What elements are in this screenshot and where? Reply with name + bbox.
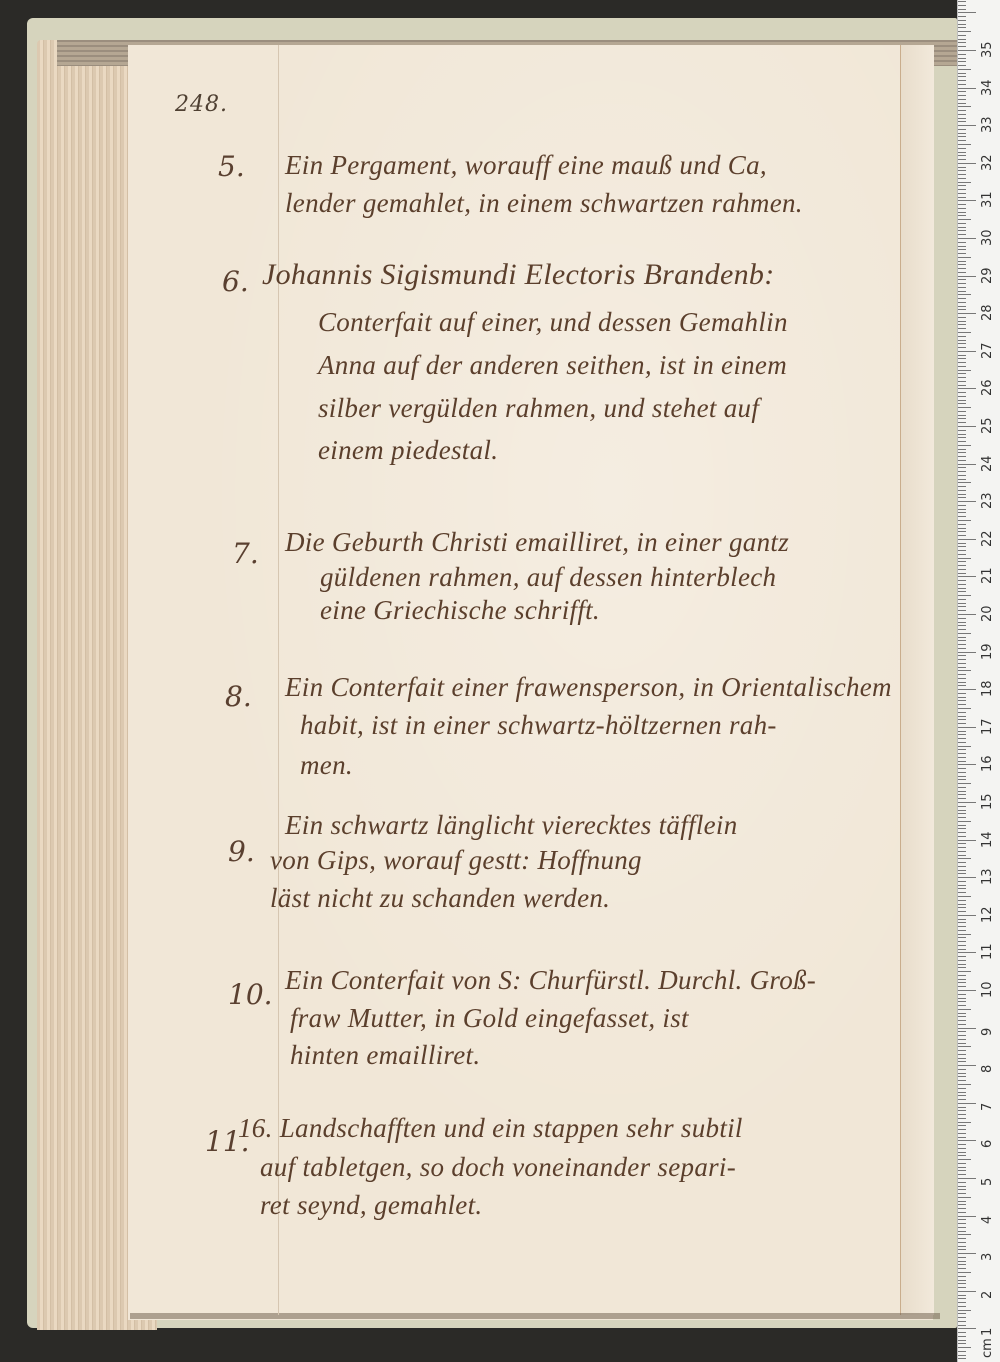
ruler-tick bbox=[958, 1287, 966, 1288]
ruler-tick bbox=[958, 1208, 966, 1209]
entry-number: 10. bbox=[228, 978, 273, 1011]
ruler-tick bbox=[958, 870, 966, 871]
ruler-tick bbox=[958, 1088, 966, 1089]
entry-line: Johannis Sigismundi Electoris Brandenb: bbox=[262, 258, 775, 292]
ruler-tick bbox=[958, 170, 966, 171]
ruler-tick bbox=[958, 313, 976, 314]
ruler-tick bbox=[958, 573, 966, 574]
ruler-tick bbox=[958, 757, 966, 758]
ruler-tick bbox=[958, 1231, 966, 1232]
ruler-tick bbox=[958, 569, 966, 570]
ruler-tick bbox=[958, 324, 966, 325]
ruler-tick bbox=[958, 881, 966, 882]
ruler-cm-label: 8 bbox=[980, 1053, 995, 1073]
ruler-tick bbox=[958, 817, 966, 818]
ruler-tick bbox=[958, 768, 966, 769]
ruler-tick bbox=[958, 610, 966, 611]
ruler-tick bbox=[958, 1114, 966, 1115]
ruler-tick bbox=[958, 242, 966, 243]
ruler-tick bbox=[958, 392, 966, 393]
ruler-tick bbox=[958, 449, 966, 450]
ruler-tick bbox=[958, 1125, 966, 1126]
ruler-tick bbox=[958, 1054, 966, 1055]
ruler-tick bbox=[958, 159, 966, 160]
ruler-cm-label: 20 bbox=[980, 602, 995, 622]
ruler-tick bbox=[958, 802, 976, 803]
ruler-tick bbox=[958, 1167, 966, 1168]
ruler-tick bbox=[958, 531, 966, 532]
ruler-tick bbox=[958, 1099, 966, 1100]
ruler-tick bbox=[958, 719, 966, 720]
ruler-tick bbox=[958, 1283, 966, 1284]
ruler-tick bbox=[958, 584, 966, 585]
ruler-tick bbox=[958, 272, 966, 273]
ruler-tick bbox=[958, 197, 966, 198]
ruler-tick bbox=[958, 80, 966, 81]
ruler-tick bbox=[958, 535, 966, 536]
ruler-tick bbox=[958, 336, 966, 337]
ruler-cm-label: 13 bbox=[980, 865, 995, 885]
ruler-tick bbox=[958, 926, 966, 927]
ruler-tick bbox=[958, 554, 966, 555]
ruler-tick bbox=[958, 287, 966, 288]
ruler-tick bbox=[958, 828, 966, 829]
ruler-tick bbox=[958, 1133, 966, 1134]
ruler-tick bbox=[958, 956, 966, 957]
ruler-tick bbox=[958, 479, 966, 480]
ruler-tick bbox=[958, 1347, 971, 1348]
ruler-tick bbox=[958, 588, 966, 589]
ruler-tick bbox=[958, 58, 966, 59]
ruler-tick bbox=[958, 1009, 971, 1010]
ruler-tick bbox=[958, 407, 971, 408]
ruler-tick bbox=[958, 580, 966, 581]
ruler-tick bbox=[958, 27, 966, 28]
ruler-tick bbox=[958, 140, 966, 141]
ruler-tick bbox=[958, 1204, 966, 1205]
ruler-cm-label: 23 bbox=[980, 489, 995, 509]
ruler-tick bbox=[958, 1238, 966, 1239]
ruler-tick bbox=[958, 163, 976, 164]
ruler-tick bbox=[958, 73, 966, 74]
ruler-tick bbox=[958, 88, 976, 89]
ruler-tick bbox=[958, 798, 966, 799]
ruler-tick bbox=[958, 69, 971, 70]
ruler-tick bbox=[958, 934, 971, 935]
ruler-tick bbox=[958, 1216, 976, 1217]
ruler-tick bbox=[958, 264, 966, 265]
ruler-tick bbox=[958, 576, 976, 577]
ruler-tick bbox=[958, 1313, 966, 1314]
ruler-tick bbox=[958, 355, 966, 356]
ruler-tick bbox=[958, 998, 966, 999]
ruler-tick bbox=[958, 422, 966, 423]
ruler-tick bbox=[958, 16, 966, 17]
ruler-tick bbox=[958, 1193, 966, 1194]
ruler-tick bbox=[958, 896, 971, 897]
ruler-cm-label: 19 bbox=[980, 640, 995, 660]
ruler-tick bbox=[958, 674, 966, 675]
entry-line: hinten emailliret. bbox=[290, 1040, 480, 1071]
ruler-tick bbox=[958, 640, 966, 641]
ruler-tick bbox=[958, 520, 971, 521]
ruler-tick bbox=[958, 591, 966, 592]
ruler-tick bbox=[958, 234, 966, 235]
ruler-tick bbox=[958, 964, 966, 965]
ruler-cm-label: 27 bbox=[980, 339, 995, 359]
ruler-cm-label: 7 bbox=[980, 1091, 995, 1111]
ruler-tick bbox=[958, 1253, 976, 1254]
ruler-tick bbox=[958, 655, 966, 656]
ruler-cm-label: 11 bbox=[980, 940, 995, 960]
entry-line: Ein Conterfait von S: Churfürstl. Durchl… bbox=[285, 965, 816, 996]
ruler-tick bbox=[958, 1280, 966, 1281]
ruler-tick bbox=[958, 456, 966, 457]
ruler-tick bbox=[958, 362, 966, 363]
entry-line: Conterfait auf einer, und dessen Gemahli… bbox=[318, 307, 788, 338]
entry-number: 5. bbox=[218, 150, 245, 183]
ruler-tick bbox=[958, 847, 966, 848]
ruler-tick bbox=[958, 670, 971, 671]
ruler-tick bbox=[958, 385, 966, 386]
ruler-tick bbox=[958, 497, 966, 498]
ruler-tick bbox=[958, 1189, 966, 1190]
ruler-tick bbox=[958, 306, 966, 307]
ruler-tick bbox=[958, 1050, 966, 1051]
ruler-tick bbox=[958, 152, 966, 153]
ruler-tick bbox=[958, 12, 976, 13]
ruler-tick bbox=[958, 1182, 966, 1183]
entry-line: auf tabletgen, so doch voneinander separ… bbox=[260, 1152, 736, 1183]
ruler-tick bbox=[958, 1080, 966, 1081]
ruler-cm-label: 24 bbox=[980, 452, 995, 472]
ruler-tick bbox=[958, 907, 966, 908]
ruler-tick bbox=[958, 1069, 966, 1070]
ruler-tick bbox=[958, 31, 971, 32]
ruler-cm-label: 5 bbox=[980, 1166, 995, 1186]
ruler-tick bbox=[958, 148, 966, 149]
ruler-tick bbox=[958, 400, 966, 401]
ruler-tick bbox=[958, 261, 966, 262]
ruler-tick bbox=[958, 622, 966, 623]
ruler-tick bbox=[958, 208, 966, 209]
ruler-tick bbox=[958, 501, 976, 502]
ruler-tick bbox=[958, 911, 966, 912]
ruler-tick bbox=[958, 1170, 966, 1171]
ruler-tick bbox=[958, 294, 971, 295]
ruler-tick bbox=[958, 212, 966, 213]
ruler-tick bbox=[958, 1246, 966, 1247]
ruler-cm-label: 21 bbox=[980, 564, 995, 584]
ruler-cm-label: 9 bbox=[980, 1016, 995, 1036]
ruler-tick bbox=[958, 1272, 971, 1273]
ruler-tick bbox=[958, 1212, 966, 1213]
ruler-tick bbox=[958, 121, 966, 122]
ruler-tick bbox=[958, 129, 966, 130]
ruler-tick bbox=[958, 106, 971, 107]
entry-line: Anna auf der anderen seithen, ist in ein… bbox=[318, 350, 787, 381]
ruler-tick bbox=[958, 291, 966, 292]
ruler-tick bbox=[958, 1152, 966, 1153]
entry-number: 9. bbox=[228, 835, 255, 868]
ruler-tick bbox=[958, 543, 966, 544]
ruler-unit-label: cm bbox=[980, 1338, 995, 1358]
ruler-tick bbox=[958, 749, 966, 750]
ruler-tick bbox=[958, 1073, 966, 1074]
ruler-tick bbox=[958, 381, 966, 382]
ruler-tick bbox=[958, 1186, 966, 1187]
ruler-tick bbox=[958, 742, 966, 743]
ruler-tick bbox=[958, 915, 976, 916]
ruler-tick bbox=[958, 704, 966, 705]
ruler-cm-label: 4 bbox=[980, 1204, 995, 1224]
ruler-tick bbox=[958, 464, 976, 465]
entry-line: silber vergülden rahmen, und stehet auf bbox=[318, 393, 759, 424]
ruler-tick bbox=[958, 731, 966, 732]
ruler-tick bbox=[958, 1227, 966, 1228]
ruler-tick bbox=[958, 1306, 966, 1307]
ruler-cm-label: 17 bbox=[980, 715, 995, 735]
ruler-tick bbox=[958, 738, 966, 739]
ruler-tick bbox=[958, 50, 976, 51]
ruler-tick bbox=[958, 806, 966, 807]
ruler-tick bbox=[958, 302, 966, 303]
ruler-tick bbox=[958, 246, 966, 247]
entry-line: von Gips, worauf gestt: Hoffnung bbox=[270, 845, 642, 876]
ruler-tick bbox=[958, 512, 966, 513]
ruler-tick bbox=[958, 283, 966, 284]
ruler-tick bbox=[958, 35, 966, 36]
ruler-tick bbox=[958, 1092, 966, 1093]
entry-line: einem piedestal. bbox=[318, 435, 498, 466]
ruler-cm-label: 14 bbox=[980, 828, 995, 848]
ruler-tick bbox=[958, 922, 966, 923]
ruler-tick bbox=[958, 1163, 966, 1164]
ruler-tick bbox=[958, 118, 966, 119]
ruler-tick bbox=[958, 317, 966, 318]
page-bottom-shadow bbox=[130, 1313, 940, 1319]
ruler-tick bbox=[958, 1325, 966, 1326]
ruler-tick bbox=[958, 1140, 976, 1141]
ruler-tick bbox=[958, 268, 966, 269]
ruler-tick bbox=[958, 377, 966, 378]
ruler-tick bbox=[958, 840, 976, 841]
ruler-tick bbox=[958, 558, 971, 559]
ruler-tick bbox=[958, 851, 966, 852]
ruler-tick bbox=[958, 482, 971, 483]
page-gutter bbox=[900, 45, 934, 1315]
ruler-tick bbox=[958, 46, 966, 47]
ruler-cm-label: 28 bbox=[980, 301, 995, 321]
ruler-cm-label: 35 bbox=[980, 38, 995, 58]
ruler-tick bbox=[958, 858, 971, 859]
entry-line: güldenen rahmen, auf dessen hinterblech bbox=[320, 562, 776, 593]
ruler-tick bbox=[958, 279, 966, 280]
ruler-tick bbox=[958, 1, 966, 2]
ruler-tick bbox=[958, 1276, 966, 1277]
ruler-tick bbox=[958, 1076, 966, 1077]
ruler-tick bbox=[958, 1001, 966, 1002]
ruler-tick bbox=[958, 340, 966, 341]
ruler-tick bbox=[958, 952, 976, 953]
ruler-tick bbox=[958, 685, 966, 686]
entry-line: Ein schwartz länglicht vierecktes täffle… bbox=[285, 810, 738, 841]
ruler-tick bbox=[958, 227, 966, 228]
ruler-tick bbox=[958, 42, 966, 43]
ruler-tick bbox=[958, 1249, 966, 1250]
entry-line: Ein Conterfait einer frawensperson, in O… bbox=[285, 672, 892, 703]
ruler-tick bbox=[958, 39, 966, 40]
ruler-tick bbox=[958, 1242, 966, 1243]
ruler-tick bbox=[958, 888, 966, 889]
ruler-cm-label: 31 bbox=[980, 188, 995, 208]
ruler-tick bbox=[958, 561, 966, 562]
ruler-tick bbox=[958, 1107, 966, 1108]
ruler-tick bbox=[958, 1159, 971, 1160]
ruler-tick bbox=[958, 832, 966, 833]
ruler-tick bbox=[958, 700, 966, 701]
ruler-tick bbox=[958, 761, 966, 762]
ruler-tick bbox=[958, 5, 966, 6]
ruler-tick bbox=[958, 825, 966, 826]
ruler-tick bbox=[958, 727, 976, 728]
measurement-ruler: 1234567891011121314151617181920212223242… bbox=[957, 0, 1000, 1362]
ruler-tick bbox=[958, 95, 966, 96]
ruler-cm-label: 18 bbox=[980, 677, 995, 697]
ruler-tick bbox=[958, 54, 966, 55]
entry-line: fraw Mutter, in Gold eingefasset, ist bbox=[290, 1003, 689, 1034]
ruler-tick bbox=[958, 434, 966, 435]
ruler-tick bbox=[958, 1328, 976, 1329]
ruler-tick bbox=[958, 1095, 966, 1096]
ruler-tick bbox=[958, 351, 976, 352]
ruler-tick bbox=[958, 76, 966, 77]
ruler-tick bbox=[958, 779, 966, 780]
ruler-tick bbox=[958, 892, 966, 893]
ruler-tick bbox=[958, 178, 966, 179]
ruler-tick bbox=[958, 813, 966, 814]
ruler-tick bbox=[958, 637, 966, 638]
ruler-tick bbox=[958, 716, 966, 717]
ruler-tick bbox=[958, 791, 966, 792]
ruler-tick bbox=[958, 1317, 966, 1318]
ruler-tick bbox=[958, 528, 966, 529]
ruler-tick bbox=[958, 426, 976, 427]
ruler-tick bbox=[958, 1061, 966, 1062]
ruler-tick bbox=[958, 904, 966, 905]
entry-line: Die Geburth Christi emailliret, in einer… bbox=[285, 527, 789, 558]
ruler-tick bbox=[958, 249, 966, 250]
ruler-tick bbox=[958, 866, 966, 867]
ruler-cm-label: 2 bbox=[980, 1279, 995, 1299]
entry-number: 8. bbox=[225, 680, 252, 713]
ruler-tick bbox=[958, 99, 966, 100]
ruler-tick bbox=[958, 667, 966, 668]
ruler-tick bbox=[958, 1129, 966, 1130]
ruler-tick bbox=[958, 712, 966, 713]
ruler-tick bbox=[958, 1302, 966, 1303]
ruler-tick bbox=[958, 1310, 971, 1311]
ruler-tick bbox=[958, 994, 966, 995]
ruler-tick bbox=[958, 370, 971, 371]
ruler-tick bbox=[958, 1178, 976, 1179]
ruler-tick bbox=[958, 437, 966, 438]
entry-line: läst nicht zu schanden werden. bbox=[270, 883, 610, 914]
ruler-tick bbox=[958, 20, 966, 21]
ruler-tick bbox=[958, 633, 971, 634]
ruler-tick bbox=[958, 125, 976, 126]
ruler-tick bbox=[958, 1118, 966, 1119]
ruler-tick bbox=[958, 606, 966, 607]
entry-number: 6. bbox=[222, 265, 249, 298]
ruler-tick bbox=[958, 182, 971, 183]
ruler-tick bbox=[958, 919, 966, 920]
ruler-tick bbox=[958, 862, 966, 863]
ruler-tick bbox=[958, 708, 971, 709]
ruler-tick bbox=[958, 1201, 966, 1202]
ruler-tick bbox=[958, 253, 966, 254]
ruler-tick bbox=[958, 516, 966, 517]
ruler-tick bbox=[958, 204, 966, 205]
ruler-tick bbox=[958, 1291, 976, 1292]
ruler-tick bbox=[958, 618, 966, 619]
ruler-tick bbox=[958, 1144, 966, 1145]
ruler-tick bbox=[958, 309, 966, 310]
ruler-tick bbox=[958, 490, 966, 491]
ruler-tick bbox=[958, 136, 966, 137]
ruler-tick bbox=[958, 1219, 966, 1220]
ruler-tick bbox=[958, 746, 971, 747]
ruler-cm-label: 26 bbox=[980, 376, 995, 396]
ruler-tick bbox=[958, 986, 966, 987]
ruler-tick bbox=[958, 103, 966, 104]
ruler-tick bbox=[958, 648, 966, 649]
ruler-tick bbox=[958, 843, 966, 844]
entry-line: lender gemahlet, in einem schwartzen rah… bbox=[285, 188, 803, 219]
ruler-tick bbox=[958, 1298, 966, 1299]
ruler-cm-label: 33 bbox=[980, 113, 995, 133]
ruler-tick bbox=[958, 524, 966, 525]
ruler-tick bbox=[958, 1355, 966, 1356]
ruler-tick bbox=[958, 614, 976, 615]
ruler-tick bbox=[958, 945, 966, 946]
ruler-tick bbox=[958, 133, 966, 134]
ruler-tick bbox=[958, 460, 966, 461]
entry-line: eine Griechische schrifft. bbox=[320, 595, 600, 626]
ruler-tick bbox=[958, 937, 966, 938]
ruler-tick bbox=[958, 941, 966, 942]
ruler-tick bbox=[958, 452, 966, 453]
ruler-tick bbox=[958, 644, 966, 645]
ruler-tick bbox=[958, 1005, 966, 1006]
ruler-tick bbox=[958, 1031, 966, 1032]
ruler-tick bbox=[958, 1264, 966, 1265]
ruler-cm-label: 25 bbox=[980, 414, 995, 434]
ruler-tick bbox=[958, 347, 966, 348]
ruler-tick bbox=[958, 625, 966, 626]
ruler-cm-label: 30 bbox=[980, 226, 995, 246]
ruler-cm-label: 15 bbox=[980, 790, 995, 810]
ruler-tick bbox=[958, 84, 966, 85]
ruler-tick bbox=[958, 877, 976, 878]
ruler-tick bbox=[958, 1058, 966, 1059]
ruler-tick bbox=[958, 1028, 976, 1029]
ruler-tick bbox=[958, 967, 966, 968]
ruler-tick bbox=[958, 1148, 966, 1149]
ruler-tick bbox=[958, 1065, 976, 1066]
ruler-tick bbox=[958, 971, 971, 972]
ruler-tick bbox=[958, 1155, 966, 1156]
